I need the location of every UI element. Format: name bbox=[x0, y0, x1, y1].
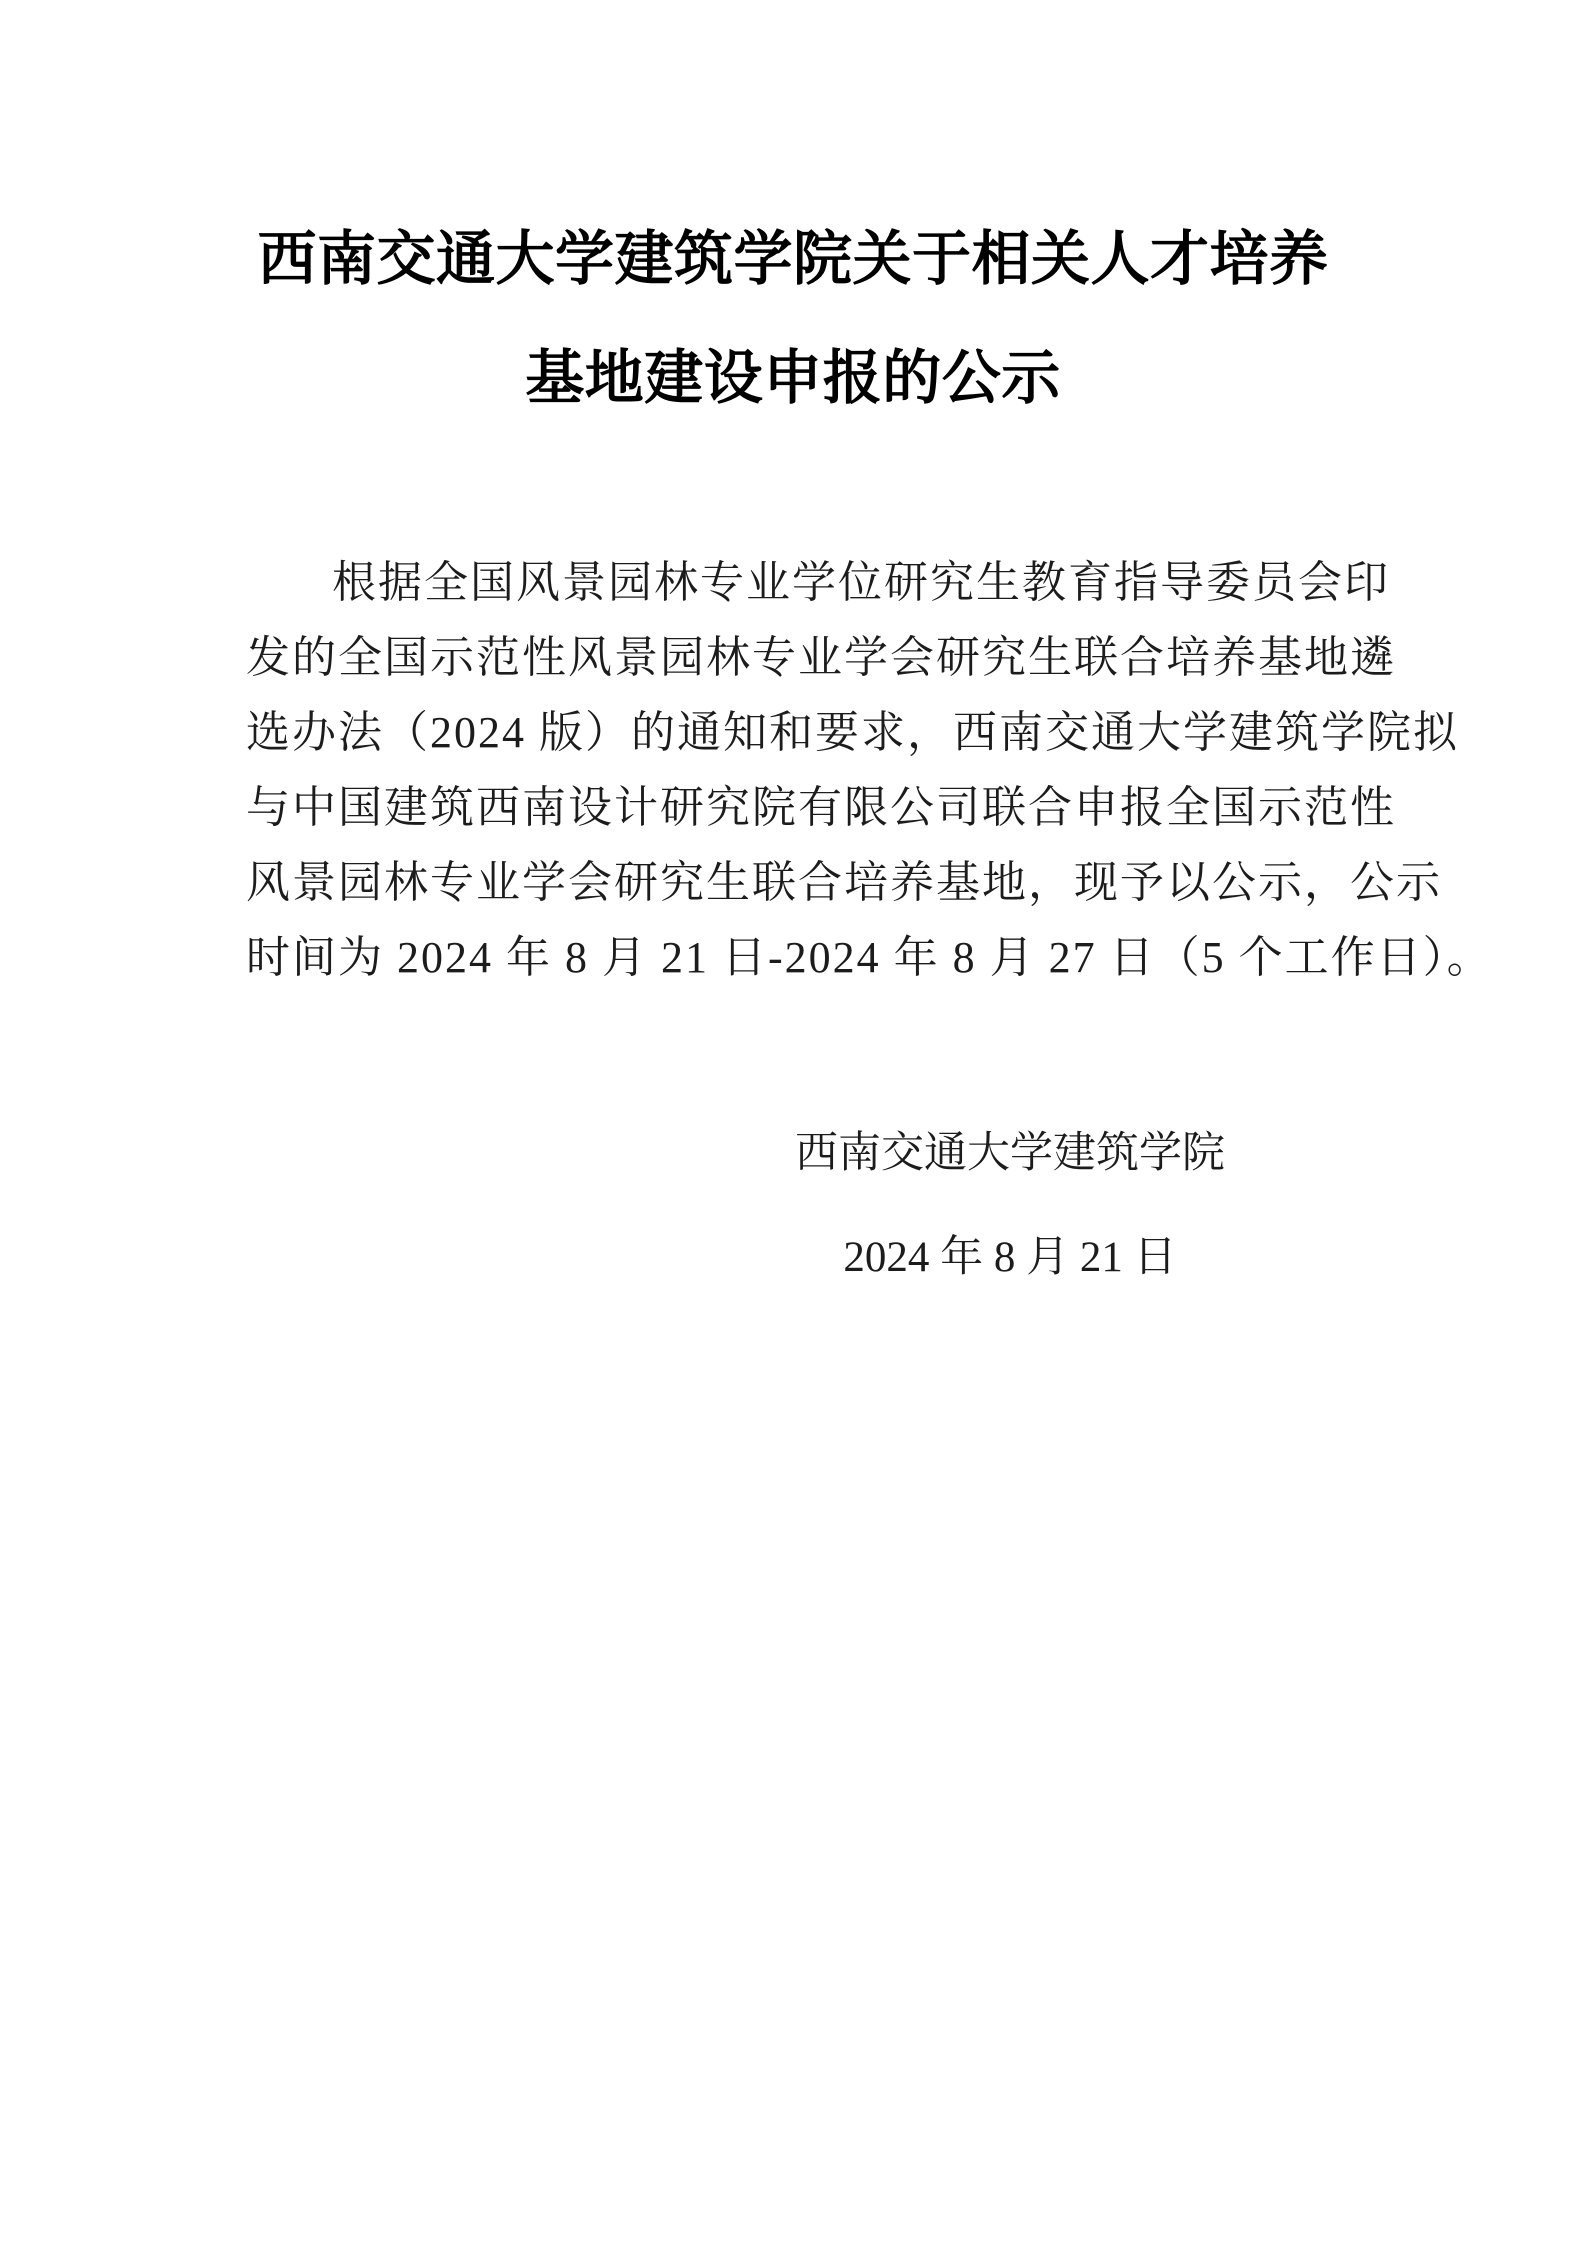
body-text-line: 根据全国风景园林专业学位研究生教育指导委员会印 bbox=[246, 545, 1356, 620]
notice-body-paragraph: 根据全国风景园林专业学位研究生教育指导委员会印 发的全国示范性风景园林专业学会研… bbox=[246, 545, 1356, 995]
body-text-line: 选办法（2024 版）的通知和要求，西南交通大学建筑学院拟 bbox=[246, 695, 1356, 770]
signature-organization: 西南交通大学建筑学院 bbox=[760, 1116, 1260, 1191]
body-text-line: 与中国建筑西南设计研究院有限公司联合申报全国示范性 bbox=[246, 770, 1356, 845]
notice-title: 西南交通大学建筑学院关于相关人才培养 基地建设申报的公示 bbox=[0, 200, 1586, 438]
body-text-line: 发的全国示范性风景园林专业学会研究生联合培养基地遴 bbox=[246, 620, 1356, 695]
document-page: 西南交通大学建筑学院关于相关人才培养 基地建设申报的公示 根据全国风景园林专业学… bbox=[0, 0, 1586, 2245]
body-text-line: 风景园林专业学会研究生联合培养基地，现予以公示，公示 bbox=[246, 845, 1356, 920]
signature-block: 西南交通大学建筑学院 2024 年 8 月 21 日 bbox=[760, 1116, 1260, 1295]
signature-date: 2024 年 8 月 21 日 bbox=[760, 1220, 1260, 1295]
body-text-line: 时间为 2024 年 8 月 21 日-2024 年 8 月 27 日（5 个工… bbox=[246, 920, 1356, 995]
notice-title-line-1: 西南交通大学建筑学院关于相关人才培养 bbox=[0, 200, 1586, 319]
notice-title-line-2: 基地建设申报的公示 bbox=[0, 319, 1586, 438]
